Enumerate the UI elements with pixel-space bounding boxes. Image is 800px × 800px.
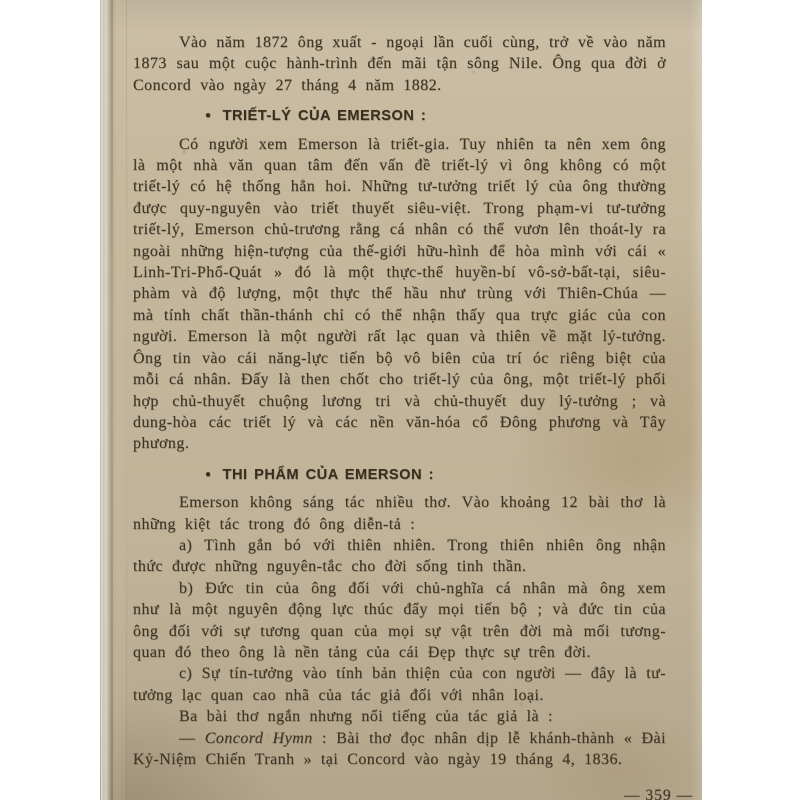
page-text-block: Vào năm 1872 ông xuất - ngoại lần cuối c… <box>133 32 666 770</box>
section-heading-poetry-label: THI PHẨM CỦA EMERSON : <box>223 467 434 483</box>
poem-dash: — <box>179 730 205 747</box>
page-number: — 359 — <box>624 787 693 800</box>
bullet-icon: ● <box>205 464 212 485</box>
list-item-a: a) Tình gắn bó với thiên nhiên. Trong th… <box>133 535 666 578</box>
list-item-b: b) Đức tin của ông đối với chủ-nghĩa cá … <box>133 578 666 664</box>
book-page-photo: Vào năm 1872 ông xuất - ngoại lần cuối c… <box>100 0 702 800</box>
list-item-c: c) Sự tín-tưởng vào tính bản thiện của c… <box>133 663 666 706</box>
section-heading-philosophy: ●TRIẾT-LÝ CỦA EMERSON : <box>205 105 666 127</box>
bullet-icon: ● <box>205 105 212 126</box>
section-heading-philosophy-label: TRIẾT-LÝ CỦA EMERSON : <box>223 108 427 124</box>
scan-frame: Vào năm 1872 ông xuất - ngoại lần cuối c… <box>0 0 800 800</box>
three-poems-paragraph: Ba bài thơ ngắn nhưng nổi tiếng của tác … <box>133 706 666 727</box>
poem-title: Concord Hymn <box>205 730 313 747</box>
poem-entry-concord-hymn: — Concord Hymn : Bài thơ đọc nhân dịp lễ… <box>133 728 666 771</box>
philosophy-paragraph: Có người xem Emerson là triết-gia. Tuy n… <box>133 134 666 455</box>
intro-paragraph: Vào năm 1872 ông xuất - ngoại lần cuối c… <box>133 32 666 96</box>
poetry-intro-paragraph: Emerson không sáng tác nhiều thơ. Vào kh… <box>133 492 666 535</box>
section-heading-poetry: ●THI PHẨM CỦA EMERSON : <box>205 464 666 486</box>
